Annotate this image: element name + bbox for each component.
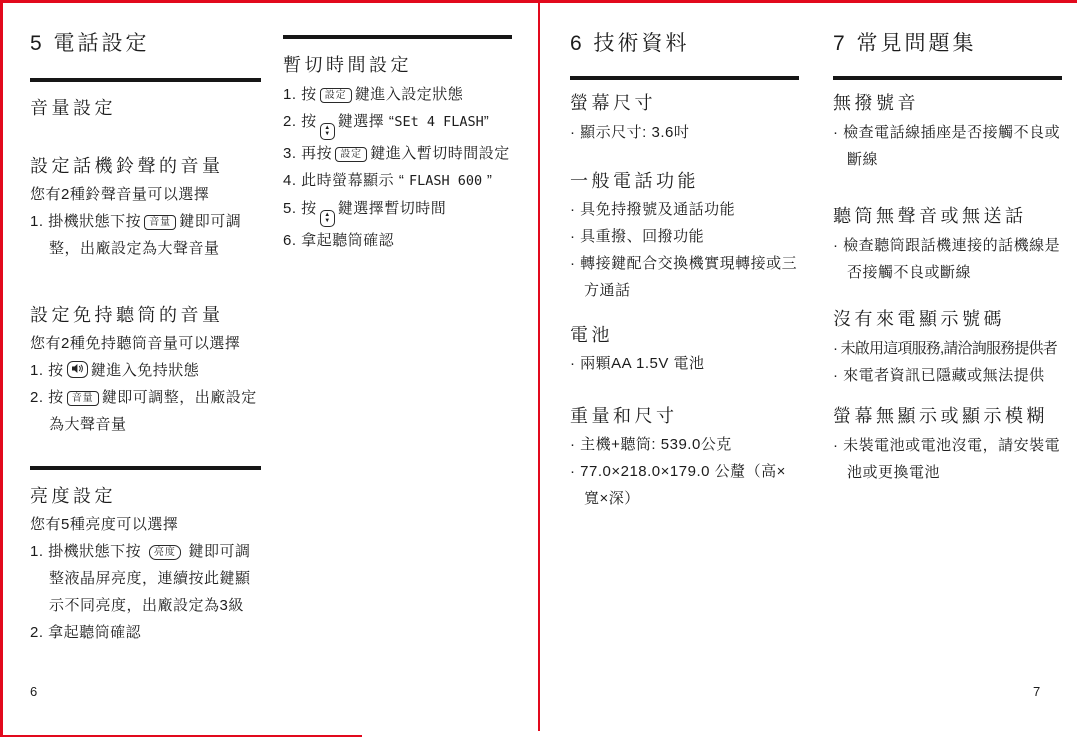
step-text: 1. 按 [30,362,64,379]
section-title-battery: 電池 [570,322,799,348]
bullet-item: · 顯示尺寸: 3.6吋 [570,119,799,146]
step-text: 鍵選擇暫切時間 [338,200,447,217]
section-title-no-callerid: 沒有來電顯示號碼 [833,306,1062,332]
list-item: 1. 按鍵進入免持狀態 [30,357,261,384]
list-item: 4. 此時螢幕顯示 “ FLASH 600 ” [283,167,512,195]
step-text: ” [484,113,490,130]
bullet-item: · 兩顆AA 1.5V 電池 [570,350,799,377]
section-rule [833,76,1062,80]
brightness-key-button: 亮度 [149,545,181,560]
section-title-no-sound: 聽筒無聲音或無送話 [833,203,1062,229]
bullet-item: · 轉接鍵配合交換機實現轉接或三方通話 [570,250,799,304]
list-item: 2. 按▲▼鍵選擇 “SEt 4 FLASH” [283,108,512,140]
intro-text: 您有2種鈴聲音量可以選擇 [30,181,261,208]
bullet-item: · 來電者資訊已隱藏或無法提供 [833,362,1062,389]
set-key-button: 設定 [335,147,367,162]
page-6-column-2: 暫切時間設定 1. 按設定鍵進入設定狀態 2. 按▲▼鍵選擇 “SEt 4 FL… [283,35,512,254]
subsection-title-handsfree-volume: 設定免持聽筒的音量 [30,302,261,328]
bullet-item: · 未裝電池或電池沒電，請安裝電池或更換電池 [833,432,1062,486]
list-item: 3. 再按設定鍵進入暫切時間設定 [283,140,512,167]
list-item: 1. 掛機狀態下按音量鍵即可調整，出廠設定為大聲音量 [30,208,261,262]
lcd-display-text: SEt 4 FLASH [394,114,483,130]
step-text: 鍵進入暫切時間設定 [370,145,510,162]
bullet-item: · 未啟用這項服務,請洽詢服務提供者 [833,335,1062,362]
step-text: 鍵進入設定狀態 [355,86,464,103]
bullet-item: · 具重撥、回撥功能 [570,223,799,250]
chapter-title-phone-settings: 5 電話設定 [30,30,261,58]
intro-text: 您有2種免持聽筒音量可以選擇 [30,330,261,357]
step-text: 1. 掛機狀態下按 [30,543,146,560]
section-title-brightness: 亮度設定 [30,483,261,509]
page-6-column-1: 5 電話設定 音量設定 設定話機鈴聲的音量 您有2種鈴聲音量可以選擇 1. 掛機… [30,30,261,646]
section-title-volume: 音量設定 [30,95,261,121]
bullet-item: · 檢查電話線插座是否接觸不良或斷線 [833,119,1062,173]
step-text: 3. 再按 [283,145,332,162]
step-text: 1. 掛機狀態下按 [30,213,141,230]
speaker-icon [71,363,84,374]
page-7-column-2: 7 常見問題集 無撥號音 · 檢查電話線插座是否接觸不良或斷線 聽筒無聲音或無送… [833,30,1062,486]
section-rule [30,78,261,82]
bullet-item: · 具免持撥號及通話功能 [570,196,799,223]
section-rule [570,76,799,80]
lcd-display-text: FLASH 600 [409,173,482,189]
step-text: 4. 此時螢幕顯示 “ [283,172,409,189]
step-text: 5. 按 [283,200,317,217]
page-7-column-1: 6 技術資料 螢幕尺寸 · 顯示尺寸: 3.6吋 一般電話功能 · 具免持撥號及… [570,30,799,512]
updown-key-button: ▲▼ [320,210,335,227]
red-border-left [0,0,3,737]
section-title-weight-dimensions: 重量和尺寸 [570,403,799,429]
section-title-general-features: 一般電話功能 [570,168,799,194]
section-title-no-dialtone: 無撥號音 [833,90,1062,116]
step-text: ” [482,172,492,189]
step-text: 2. 按 [30,389,64,406]
page-number-6: 6 [30,684,37,699]
list-item: 5. 按▲▼鍵選擇暫切時間 [283,195,512,227]
section-rule [30,466,261,470]
chapter-title-faq: 7 常見問題集 [833,30,1062,58]
bullet-item: · 主機+聽筒: 539.0公克 [570,431,799,458]
page-number-7: 7 [1033,684,1040,699]
bullet-item: · 檢查聽筒跟話機連接的話機線是否接觸不良或斷線 [833,232,1062,286]
subsection-title-ringer-volume: 設定話機鈴聲的音量 [30,153,261,179]
intro-text: 您有5種亮度可以選擇 [30,511,261,538]
set-key-button: 設定 [320,88,352,103]
page-spine-divider [538,0,540,731]
list-item: 1. 按設定鍵進入設定狀態 [283,81,512,108]
down-arrow-icon: ▼ [324,219,330,225]
step-text: 2. 按 [283,113,317,130]
section-rule [283,35,512,39]
speaker-key-button [67,361,88,378]
section-title-flash-time: 暫切時間設定 [283,52,512,78]
list-item: 1. 掛機狀態下按 亮度 鍵即可調整液晶屏亮度，連續按此鍵顯示不同亮度，出廠設定… [30,538,261,619]
volume-key-button: 音量 [67,391,99,406]
step-text: 1. 按 [283,86,317,103]
list-item: 2. 按音量鍵即可調整，出廠設定為大聲音量 [30,384,261,438]
volume-key-button: 音量 [144,215,176,230]
section-title-no-display: 螢幕無顯示或顯示模糊 [833,403,1062,429]
section-title-screen-size: 螢幕尺寸 [570,90,799,116]
updown-key-button: ▲▼ [320,123,335,140]
step-text: 鍵進入免持狀態 [91,362,200,379]
chapter-title-technical-data: 6 技術資料 [570,30,799,58]
list-item: 6. 拿起聽筒確認 [283,227,512,254]
bullet-item: · 77.0×218.0×179.0 公釐（高×寬×深） [570,458,799,512]
down-arrow-icon: ▼ [324,132,330,138]
list-item: 2. 拿起聽筒確認 [30,619,261,646]
step-text: 鍵選擇 “ [338,113,395,130]
